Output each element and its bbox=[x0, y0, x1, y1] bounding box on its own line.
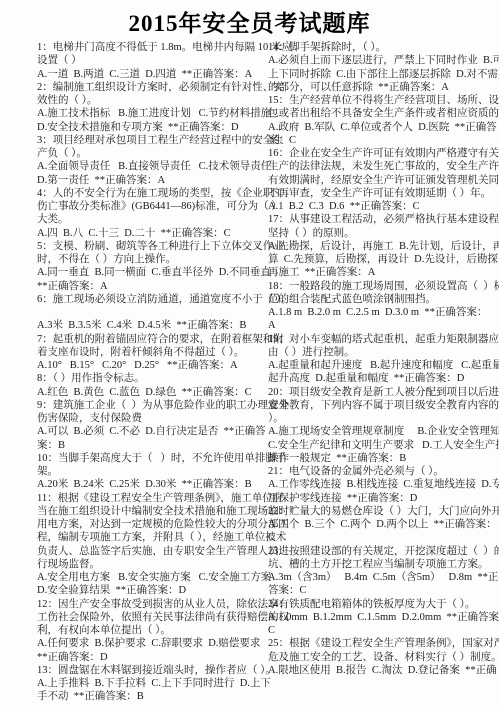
text-line: A.全面领导责任 B.直接领导责任 C.技术领导责任 bbox=[37, 160, 267, 173]
text-line: 架。 bbox=[37, 465, 267, 478]
text-line: 时，不得在（ ）方向上操作。 bbox=[37, 253, 267, 266]
text-line: ）。 bbox=[268, 412, 496, 425]
text-line: 工伤社会保险外，依照有关民事法律尚有获得赔偿的权 bbox=[37, 611, 267, 624]
text-line: 25：根据《建设工程安全生产管理条例》，国家对严重 bbox=[268, 637, 496, 650]
text-line: A.红色 B.黄色 C.蓝色 D.绿色 **正确答案：C bbox=[37, 386, 267, 399]
text-line: 产负（ ）。 bbox=[37, 147, 267, 160]
text-line: 18：一般路段的施工现场周围，必须设置高（ ）标准规 bbox=[268, 280, 496, 293]
text-line: 有效期满时，经原安全生产许可证颁发管理机关同意， bbox=[268, 174, 496, 187]
text-line: 用电方案，对达到一定规模的危险性较大的分项分部工 bbox=[37, 518, 267, 531]
left-column: 1：电梯井门高度不得低于 1.8m。电梯井内每隔 10 米应设置（ ）A.一道 … bbox=[37, 41, 267, 704]
text-line: A.可以 B.必须 C.不必 D.自行决定是否 **正确答 bbox=[37, 425, 267, 438]
text-line: 2：编制施工组织设计方案时，必须制定有针对性、实 bbox=[37, 81, 267, 94]
text-line: 11：根据《建设工程安全生产管理条例》，施工单位应 bbox=[37, 492, 267, 505]
right-column: 14：脚手架拆除时，（ ）。A.必须自上而下逐层进行，严禁上下同时作业 B.可以… bbox=[268, 41, 496, 677]
text-line: A.任何要求 B.保护要求 C.辞职要求 D.赔偿要求 bbox=[37, 637, 267, 650]
text-line: 6：施工现场必须设立消防通道，通道宽度不小于（ ）。 bbox=[37, 293, 267, 306]
text-line: 5：支模、粉刷、砌筑等各工种进行上下立体交叉作业 bbox=[37, 240, 267, 253]
text-line: 用保护零线连接 **正确答案：D bbox=[268, 492, 496, 505]
text-line: 15：生产经营单位不得将生产经营项目、场所、设备发 bbox=[268, 94, 496, 107]
text-line: 案：B bbox=[37, 439, 267, 452]
text-line: D.安全验算结果 **正确答案：D bbox=[37, 584, 267, 597]
text-line: A.1 B.2 C.3 D.6 **正确答案：C bbox=[268, 200, 496, 213]
document-page: 2015年安全员考试题库 1：电梯井门高度不得低于 1.8m。电梯井内每隔 10… bbox=[0, 0, 499, 706]
text-line: 着支座布设时，附着杆倾斜角不得超过（ ）。 bbox=[37, 346, 267, 359]
text-line: 答案：C bbox=[268, 584, 496, 597]
text-line: 范的组合装配式蓝色喷涂钢制围挡。 bbox=[268, 293, 496, 306]
text-line: 的部分，可以任意拆除 **正确答案：A bbox=[268, 81, 496, 94]
text-line: 17：从事建设工程活动，必须严格执行基本建设程序， bbox=[268, 213, 496, 226]
text-line: 21：电气设备的金属外壳必须与（ ）。 bbox=[268, 465, 496, 478]
text-line: 案：C bbox=[268, 134, 496, 147]
text-line: A bbox=[268, 319, 496, 332]
text-line: 13：圆盘锯在木料锯到接近端头时，操作者应（ ）。 bbox=[37, 664, 267, 677]
text-line: A.四个 B.三个 C.两个 D.两个以上 **正确答案： bbox=[268, 518, 496, 531]
text-line: C.安全生产纪律和文明生产要求 D.工人安全生产技术 bbox=[268, 439, 496, 452]
text-line: A.3米 B.3.5米 C.4米 D.4.5米 **正确答案：B bbox=[37, 319, 267, 332]
text-line: D.安全技术措施和专项方案 **正确答案：D bbox=[37, 121, 267, 134]
text-line: 设置（ ） bbox=[37, 54, 267, 67]
text-line: A.必须自上而下逐层进行，严禁上下同时作业 B.可以 bbox=[268, 54, 496, 67]
text-line: 16：企业在安全生产许可证有效期内严格遵守有关安全 bbox=[268, 147, 496, 160]
text-line: 起升高度 D.起重量和幅度 **正确答案：D bbox=[268, 372, 496, 385]
text-line: A.限地区使用 B.报告 C.淘汰 D.登记备案 **正确 bbox=[268, 664, 496, 677]
text-line: A.起重量和起升速度 B.起升速度和幅度 C.起重量和 bbox=[268, 359, 496, 372]
text-line: 程，编制专项施工方案，并附具（ ），经施工单位技术 bbox=[37, 531, 267, 544]
text-line: A.1.8 m B.2.0 m C.2.5 m D.3.0 m **正确答案： bbox=[268, 306, 496, 319]
text-line: A.同一垂直 B.同一横面 C.垂直半径外 D.不同垂直 bbox=[37, 266, 267, 279]
text-line: **正确答案：A bbox=[37, 280, 267, 293]
text-line: 14：脚手架拆除时，（ ）。 bbox=[268, 41, 496, 54]
text-line: 4：人的不安全行为在施工现场的类型，按《企业职工 bbox=[37, 187, 267, 200]
text-line: 危及施工安全的工艺、设备、材料实行（ ）制度。 bbox=[268, 651, 496, 664]
text-line: A.先勘探，后设计，再施工 B.先计划，后设计，再预 bbox=[268, 240, 496, 253]
text-line: 效性的（ ）。 bbox=[37, 94, 267, 107]
text-line: 再施工 **正确答案：A bbox=[268, 266, 496, 279]
text-line: A.施工技术指标 B.施工进度计划 C.节约材料措施 bbox=[37, 107, 267, 120]
text-line: 1：电梯井门高度不得低于 1.8m。电梯井内每隔 10 米应 bbox=[37, 41, 267, 54]
text-line: 利，有权向本单位提出（ ）。 bbox=[37, 624, 267, 637]
text-line: 9：建筑施工企业（ ）为从事危险作业的职工办理意外 bbox=[37, 399, 267, 412]
text-line: 负责人、总监签字后实施，由专职安全生产管理人员进 bbox=[37, 545, 267, 558]
text-line: 伤亡事故分类标准》(GB6441—86)标准，可分为（ ） bbox=[37, 200, 267, 213]
text-line: 24：铁质配电箱箱体的铁板厚度为大于（ ）。 bbox=[268, 598, 496, 611]
text-line: **正确答案：D bbox=[37, 651, 267, 664]
text-line: 8：（ ）用作指令标志。 bbox=[37, 372, 267, 385]
text-line: A.政府 B.军队 C.单位或者个人 D.医院 **正确答 bbox=[268, 121, 496, 134]
text-line: A.10° B.15° C.20° D.25° **正确答案：A bbox=[37, 359, 267, 372]
text-line: 包或者出租给不具备安全生产条件或者相应资质的（ ）。 bbox=[268, 107, 496, 120]
text-line: 上下同时拆除 C.由下部往上部逐层拆除 D.对不需要 bbox=[268, 68, 496, 81]
text-line: A.四 B.八 C.十三 D.二十 **正确答案：C bbox=[37, 227, 267, 240]
text-line: 由（ ）进行控制。 bbox=[268, 346, 496, 359]
text-line: 当在施工组织设计中编制安全技术措施和施工现场临时 bbox=[37, 505, 267, 518]
text-line: 23：按照建设部的有关规定，开挖深度超过（ ）的基 bbox=[268, 545, 496, 558]
text-line: 安全教育，下列内容不属于项目级安全教育内容的是（ bbox=[268, 399, 496, 412]
page-title: 2015年安全员考试题库 bbox=[0, 5, 499, 38]
text-line: D.第一责任 **正确答案：A bbox=[37, 174, 267, 187]
text-line: 19：对小车变幅的塔式起重机，起重力矩限制器应分别 bbox=[268, 333, 496, 346]
text-line: C bbox=[268, 531, 496, 544]
text-line: 算 C.先预算，后勘探，再设计 D.先设计，后勘探， bbox=[268, 253, 496, 266]
text-line: 伤害保险，支付保险费 bbox=[37, 412, 267, 425]
text-line: A.20米 B.24米 C.25米 D.30米 **正确答案：B bbox=[37, 478, 267, 491]
text-line: A.工作零线连接 B.相线连接 C.重复地线连接 D.专 bbox=[268, 478, 496, 491]
text-line: 22：贮量大的易燃仓库设（ ）大门，大门应向外开启。 bbox=[268, 505, 496, 518]
text-line: A.3m（含3m） B.4m C.5m（含5m） D.8m **正确 bbox=[268, 571, 496, 584]
text-line: 手不动 **正确答案：B bbox=[37, 690, 267, 703]
text-line: 不再审查，安全生产许可证有效期延期（ ）年。 bbox=[268, 187, 496, 200]
text-line: C bbox=[268, 624, 496, 637]
text-line: 操作一般规定 **正确答案：B bbox=[268, 452, 496, 465]
text-line: A.1.0mm B.1.2mm C.1.5mm D.2.0mm **正确答案： bbox=[268, 611, 496, 624]
text-line: 行现场监督。 bbox=[37, 558, 267, 571]
text-line: A.一道 B.两道 C.三道 D.四道 **正确答案：A bbox=[37, 68, 267, 81]
text-line: A.安全用电方案 B.安全实施方案 C.安全施工方案 bbox=[37, 571, 267, 584]
text-line: 生产的法律法规，未发生死亡事故的，安全生产许可证 bbox=[268, 160, 496, 173]
text-line: 大类。 bbox=[37, 213, 267, 226]
text-line: 7：起重机的附着锚固应符合的要求，在附着框架和附 bbox=[37, 333, 267, 346]
text-line: 20：项目级安全教育是新工人被分配到项目以后进行的 bbox=[268, 386, 496, 399]
text-line bbox=[37, 306, 267, 319]
text-line: 坑、槽的土方开挖工程应当编制专项施工方案。 bbox=[268, 558, 496, 571]
text-line: A.施工现场安全管理规章制度 B.企业安全管理知识 bbox=[268, 425, 496, 438]
text-line: 12：因生产安全事故受到损害的从业人员，除依法享有 bbox=[37, 598, 267, 611]
text-line: 10：当脚手架高度大于（ ）时，不允许使用单排脚手 bbox=[37, 452, 267, 465]
text-line: 坚持（ ）的原则。 bbox=[268, 227, 496, 240]
text-line: 3：项目经理对承包项目工程生产经营过程中的安全生 bbox=[37, 134, 267, 147]
text-line: A.上手推料 B.下手拉料 C.上下手同时进行 D.上下 bbox=[37, 677, 267, 690]
